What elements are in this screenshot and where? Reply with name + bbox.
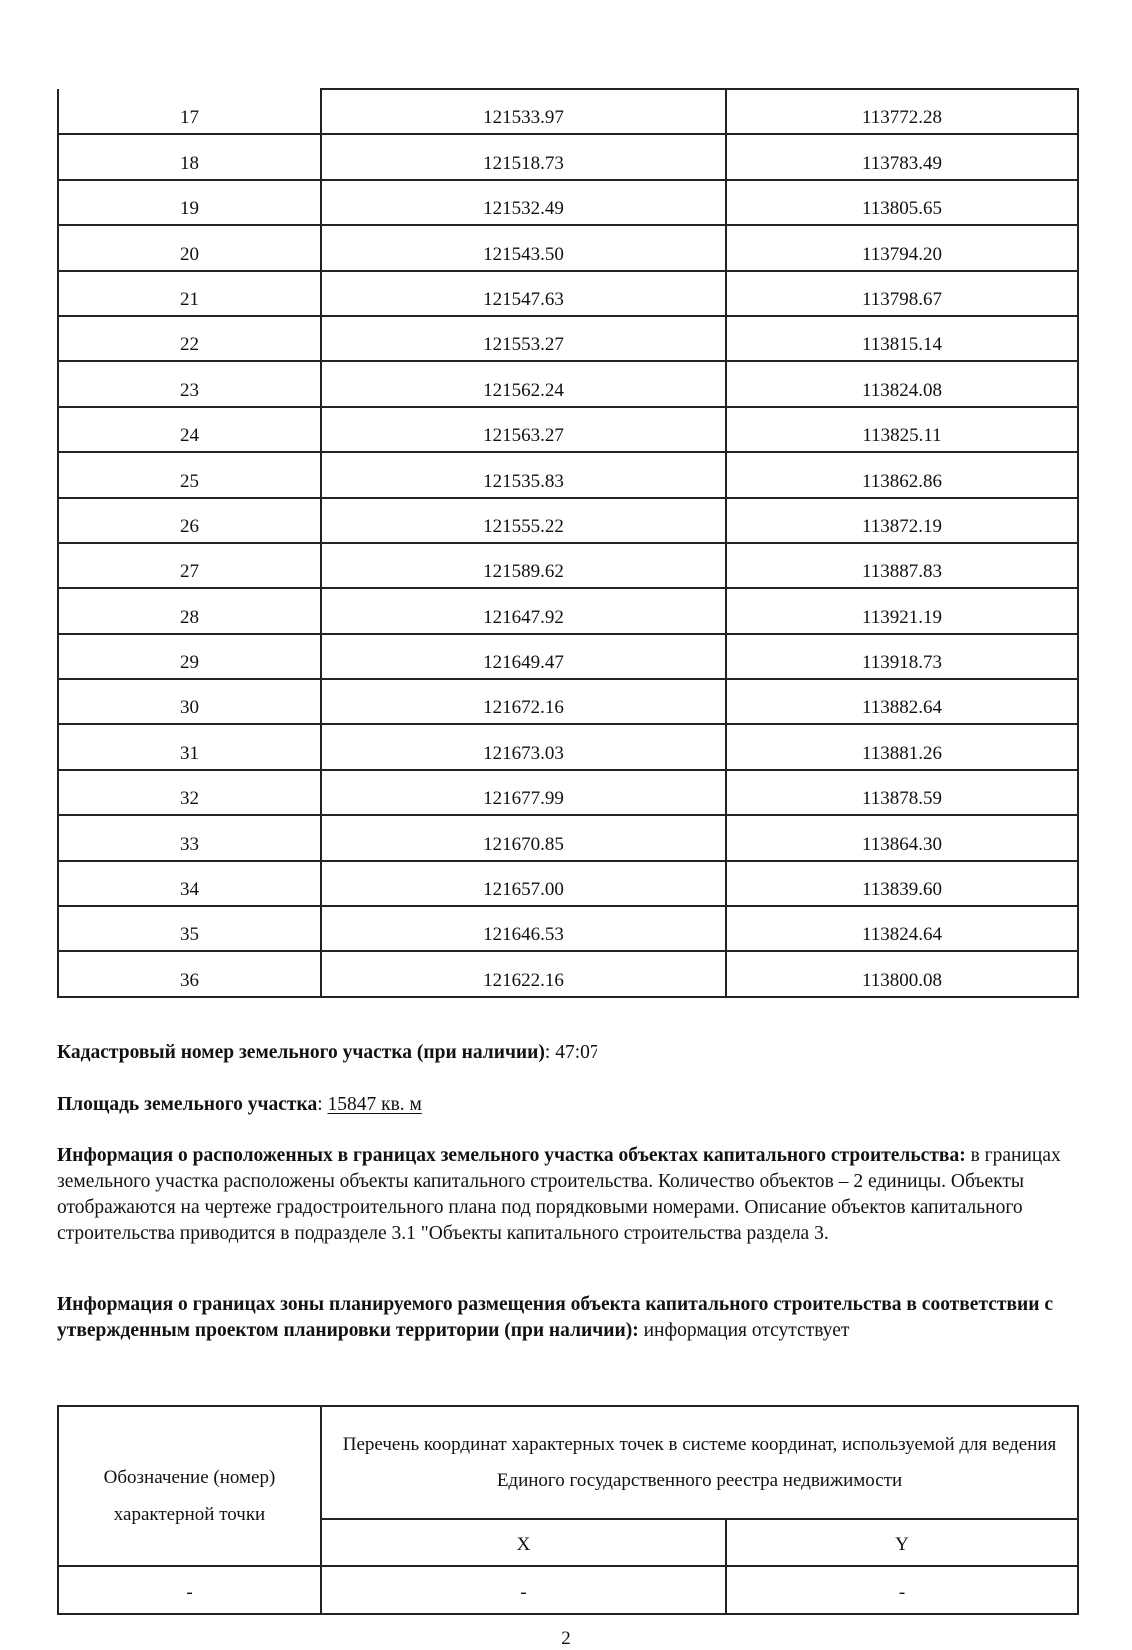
point-number-cell: 27 [58, 543, 321, 588]
y-coordinate-cell: 113798.67 [726, 271, 1078, 316]
x-cell: - [321, 1566, 726, 1614]
x-coordinate-cell: 121532.49 [321, 180, 726, 225]
point-number-cell: 31 [58, 724, 321, 769]
point-cell: - [58, 1566, 321, 1614]
point-number-cell: 17 [58, 89, 321, 134]
table-row: 33121670.85113864.30 [58, 815, 1078, 860]
x-coordinate-cell: 121677.99 [321, 770, 726, 815]
y-coordinate-cell: 113887.83 [726, 543, 1078, 588]
table-row: 21121547.63113798.67 [58, 271, 1078, 316]
point-number-cell: 33 [58, 815, 321, 860]
point-number-cell: 35 [58, 906, 321, 951]
point-number-cell: 32 [58, 770, 321, 815]
x-coordinate-cell: 121589.62 [321, 543, 726, 588]
planned-zone-table: Обозначение (номер) характерной точки Пе… [57, 1405, 1079, 1615]
coordinates-table: 17121533.97113772.2818121518.73113783.49… [57, 88, 1079, 998]
table-row: 32121677.99113878.59 [58, 770, 1078, 815]
table-row: 31121673.03113881.26 [58, 724, 1078, 769]
point-number-cell: 18 [58, 134, 321, 179]
x-coordinate-cell: 121672.16 [321, 679, 726, 724]
table-row: 36121622.16113800.08 [58, 951, 1078, 996]
y-coordinate-cell: 113882.64 [726, 679, 1078, 724]
x-coordinate-cell: 121649.47 [321, 634, 726, 679]
header-y: Y [726, 1519, 1078, 1566]
page-number: 2 [0, 1628, 1132, 1650]
x-coordinate-cell: 121553.27 [321, 316, 726, 361]
table-row: 20121543.50113794.20 [58, 225, 1078, 270]
x-coordinate-cell: 121563.27 [321, 407, 726, 452]
separator: : [317, 1094, 327, 1115]
table-row: 23121562.24113824.08 [58, 361, 1078, 406]
area-line: Площадь земельного участка: 15847 кв. м [57, 1092, 1077, 1118]
y-coordinate-cell: 113825.11 [726, 407, 1078, 452]
y-coordinate-cell: 113772.28 [726, 89, 1078, 134]
table-row: 34121657.00113839.60 [58, 861, 1078, 906]
x-coordinate-cell: 121535.83 [321, 452, 726, 497]
y-coordinate-cell: 113918.73 [726, 634, 1078, 679]
x-coordinate-cell: 121657.00 [321, 861, 726, 906]
cadastral-number-label: Кадастровый номер земельного участка (пр… [57, 1042, 545, 1063]
point-number-cell: 30 [58, 679, 321, 724]
table-row: 17121533.97113772.28 [58, 89, 1078, 134]
x-coordinate-cell: 121646.53 [321, 906, 726, 951]
y-coordinate-cell: 113783.49 [726, 134, 1078, 179]
table-row: 27121589.62113887.83 [58, 543, 1078, 588]
y-coordinate-cell: 113805.65 [726, 180, 1078, 225]
header-x: X [321, 1519, 726, 1566]
y-coordinate-cell: 113824.64 [726, 906, 1078, 951]
table-row: 24121563.27113825.11 [58, 407, 1078, 452]
point-number-cell: 34 [58, 861, 321, 906]
x-coordinate-cell: 121547.63 [321, 271, 726, 316]
table-row: 29121649.47113918.73 [58, 634, 1078, 679]
y-coordinate-cell: 113878.59 [726, 770, 1078, 815]
y-coordinate-cell: 113872.19 [726, 498, 1078, 543]
area-label: Площадь земельного участка [57, 1094, 317, 1115]
x-coordinate-cell: 121543.50 [321, 225, 726, 270]
x-coordinate-cell: 121622.16 [321, 951, 726, 996]
planned-zone-text: информация отсутствует [639, 1320, 850, 1341]
y-coordinate-cell: 113864.30 [726, 815, 1078, 860]
table-header-row: Обозначение (номер) характерной точки Пе… [58, 1406, 1078, 1519]
point-number-cell: 24 [58, 407, 321, 452]
y-coordinate-cell: 113800.08 [726, 951, 1078, 996]
x-coordinate-cell: 121555.22 [321, 498, 726, 543]
point-number-cell: 25 [58, 452, 321, 497]
cadastral-number-line: Кадастровый номер земельного участка (пр… [57, 1040, 1077, 1066]
point-number-cell: 28 [58, 588, 321, 633]
y-coordinate-cell: 113862.86 [726, 452, 1078, 497]
x-coordinate-cell: 121533.97 [321, 89, 726, 134]
x-coordinate-cell: 121670.85 [321, 815, 726, 860]
x-coordinate-cell: 121518.73 [321, 134, 726, 179]
point-number-cell: 26 [58, 498, 321, 543]
x-coordinate-cell: 121562.24 [321, 361, 726, 406]
planned-zone-paragraph: Информация о границах зоны планируемого … [57, 1292, 1077, 1344]
cadastral-number-value: 47:07: [555, 1040, 597, 1066]
point-number-cell: 21 [58, 271, 321, 316]
capital-objects-label: Информация о расположенных в границах зе… [57, 1145, 966, 1166]
capital-objects-paragraph: Информация о расположенных в границах зе… [57, 1143, 1077, 1247]
point-number-cell: 36 [58, 951, 321, 996]
point-number-cell: 29 [58, 634, 321, 679]
point-number-cell: 19 [58, 180, 321, 225]
point-number-cell: 22 [58, 316, 321, 361]
area-value: 15847 кв. м [328, 1094, 422, 1115]
table-row: 25121535.83113862.86 [58, 452, 1078, 497]
y-coordinate-cell: 113839.60 [726, 861, 1078, 906]
table-row: 30121672.16113882.64 [58, 679, 1078, 724]
table-row: --- [58, 1566, 1078, 1614]
table-row: 26121555.22113872.19 [58, 498, 1078, 543]
y-cell: - [726, 1566, 1078, 1614]
header-coordinates: Перечень координат характерных точек в с… [321, 1406, 1078, 1519]
x-coordinate-cell: 121647.92 [321, 588, 726, 633]
table-row: 28121647.92113921.19 [58, 588, 1078, 633]
table-row: 18121518.73113783.49 [58, 134, 1078, 179]
planned-zone-label: Информация о границах зоны планируемого … [57, 1294, 1053, 1341]
table-row: 19121532.49113805.65 [58, 180, 1078, 225]
point-number-cell: 23 [58, 361, 321, 406]
y-coordinate-cell: 113794.20 [726, 225, 1078, 270]
y-coordinate-cell: 113824.08 [726, 361, 1078, 406]
y-coordinate-cell: 113921.19 [726, 588, 1078, 633]
point-number-cell: 20 [58, 225, 321, 270]
header-point-number: Обозначение (номер) характерной точки [58, 1406, 321, 1566]
y-coordinate-cell: 113815.14 [726, 316, 1078, 361]
table-row: 22121553.27113815.14 [58, 316, 1078, 361]
table-row: 35121646.53113824.64 [58, 906, 1078, 951]
x-coordinate-cell: 121673.03 [321, 724, 726, 769]
y-coordinate-cell: 113881.26 [726, 724, 1078, 769]
separator: : [545, 1042, 555, 1063]
